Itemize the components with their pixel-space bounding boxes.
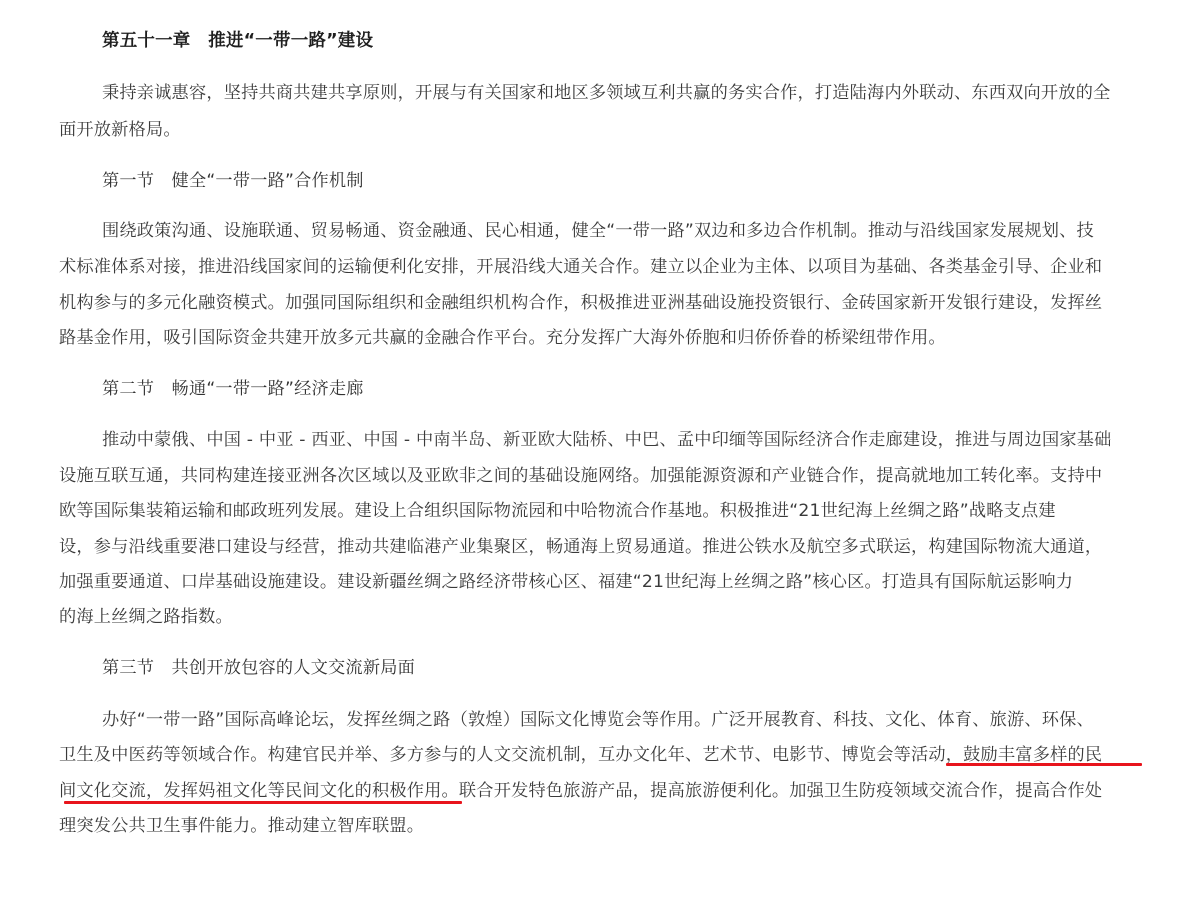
section-1-line-3: 机构参与的多元化融资模式。加强同国际组织和金融组织机构合作，积极推进亚洲基础设施…	[59, 291, 1102, 315]
intro-line-2: 面开放新格局。	[59, 118, 181, 142]
highlight-underline-2	[64, 801, 462, 804]
intro-line-1: 秉持亲诚惠容，坚持共商共建共享原则，开展与有关国家和地区多领域互利共赢的务实合作…	[102, 81, 1110, 105]
section-2-line-1: 推动中蒙俄、中国 - 中亚 - 西亚、中国 - 中南半岛、新亚欧大陆桥、中巴、孟…	[102, 428, 1112, 452]
section-2-title: 第二节 畅通“一带一路”经济走廊	[102, 377, 364, 401]
section-2-line-3: 欧等国际集装箱运输和邮政班列发展。建设上合组织国际物流园和中哈物流合作基地。积极…	[59, 499, 1056, 523]
section-2-line-4: 设，参与沿线重要港口建设与经营，推动共建临港产业集聚区，畅通海上贸易通道。推进公…	[59, 535, 1102, 559]
section-3-line-3: 间文化交流，发挥妈祖文化等民间文化的积极作用。联合开发特色旅游产品，提高旅游便利…	[59, 779, 1102, 803]
section-1-title: 第一节 健全“一带一路”合作机制	[102, 169, 364, 193]
section-3-title: 第三节 共创开放包容的人文交流新局面	[102, 656, 415, 680]
section-3-line-4: 理突发公共卫生事件能力。推动建立智库联盟。	[59, 814, 424, 838]
chapter-title: 第五十一章 推进“一带一路”建设	[102, 29, 373, 53]
section-2-line-5: 加强重要通道、口岸基础设施建设。建设新疆丝绸之路经济带核心区、福建“21世纪海上…	[59, 570, 1073, 594]
section-3-line-1: 办好“一带一路”国际高峰论坛，发挥丝绸之路（敦煌）国际文化博览会等作用。广泛开展…	[102, 708, 1094, 732]
section-2-line-2: 设施互联互通，共同构建连接亚洲各次区域以及亚欧非之间的基础设施网络。加强能源资源…	[59, 464, 1102, 488]
section-1-line-2: 术标准体系对接，推进沿线国家间的运输便利化安排，开展沿线大通关合作。建立以企业为…	[59, 255, 1102, 279]
section-1-line-1: 围绕政策沟通、设施联通、贸易畅通、资金融通、民心相通，健全“一带一路”双边和多边…	[102, 219, 1094, 243]
section-2-line-6: 的海上丝绸之路指数。	[59, 605, 233, 629]
highlight-underline-1	[946, 763, 1142, 766]
section-1-line-4: 路基金作用，吸引国际资金共建开放多元共赢的金融合作平台。充分发挥广大海外侨胞和归…	[59, 326, 946, 350]
